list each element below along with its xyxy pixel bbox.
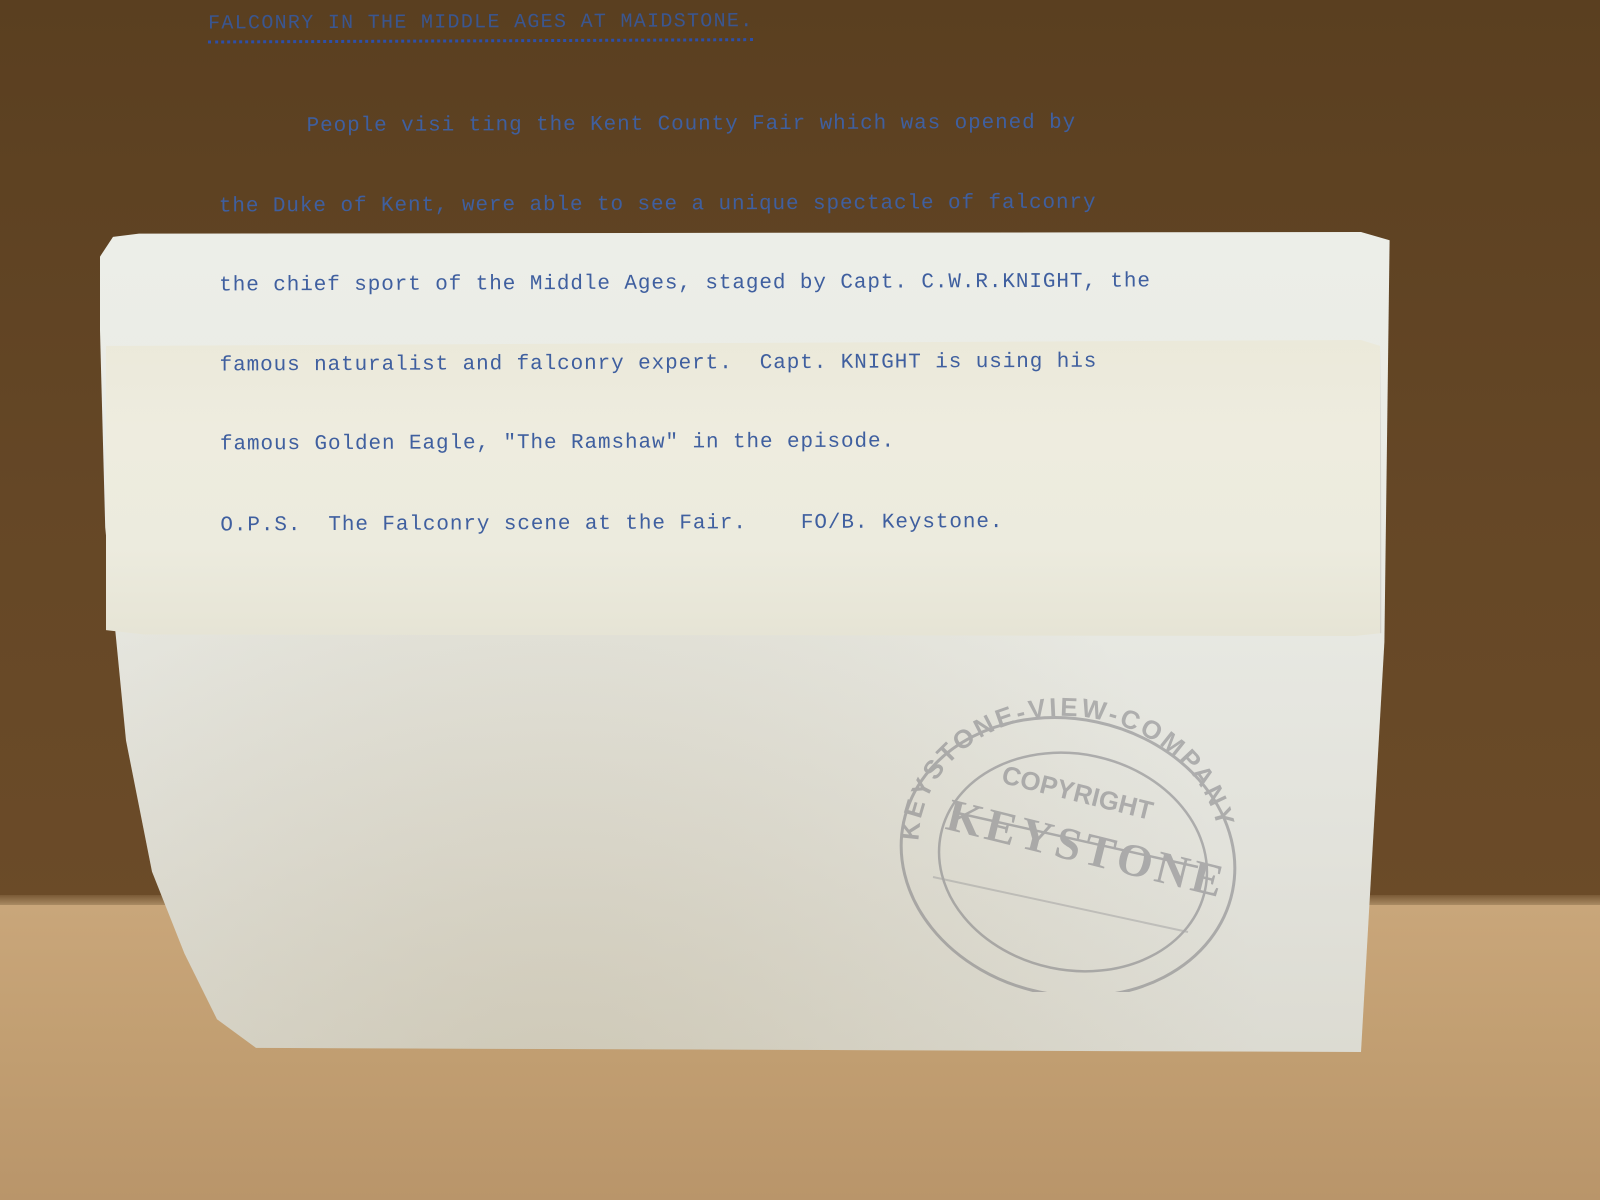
caption-line: famous naturalist and falconry expert. C…	[220, 349, 1152, 380]
headline: FALCONRY IN THE MIDDLE AGES AT MAIDSTONE…	[208, 9, 754, 43]
caption-body: People visi ting the Kent County Fair wh…	[218, 57, 1152, 592]
caption-line-credit: O.P.S. The Falconry scene at the Fair. F…	[220, 509, 1152, 540]
caption-line: the chief sport of the Middle Ages, stag…	[219, 269, 1151, 300]
caption-line: famous Golden Eagle, "The Ramshaw" in th…	[220, 428, 1152, 459]
caption-line: the Duke of Kent, were able to see a uni…	[219, 190, 1151, 221]
caption-line: People visi ting the Kent County Fair wh…	[219, 110, 1151, 141]
caption-text: FALCONRY IN THE MIDDLE AGES AT MAIDSTONE…	[100, 0, 1375, 296]
